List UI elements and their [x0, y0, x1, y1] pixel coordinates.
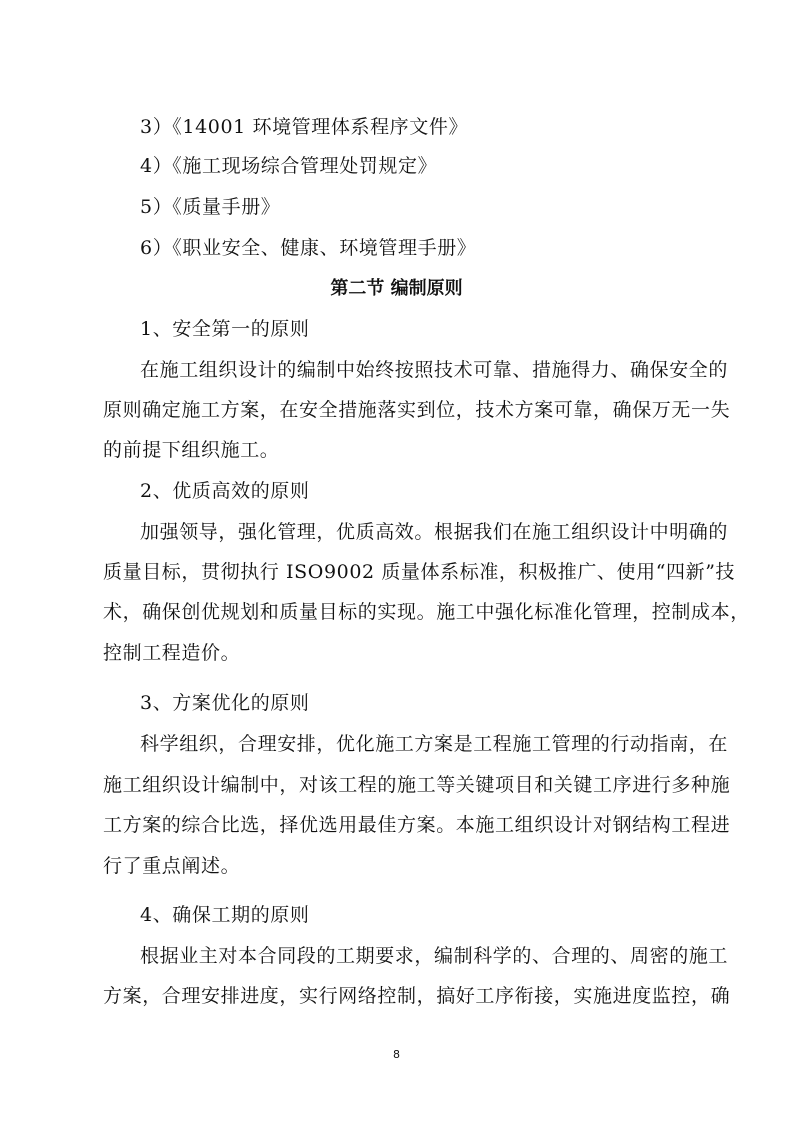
page-number: 8	[0, 1048, 793, 1061]
paragraph-line: 施工组织设计编制中，对该工程的施工等关键项目和关键工序进行多种施	[103, 774, 730, 796]
paragraph-line: 原则确定施工方案，在安全措施落实到位，技术方案可靠，确保万无一失	[103, 399, 730, 421]
principle-heading: 1、安全第一的原则	[140, 318, 310, 340]
section-title: 第二节 编制原则	[0, 278, 793, 300]
paragraph-line: 质量目标，贯彻执行 ISO9002 质量体系标准，积极推广、使用“四新”技	[103, 561, 735, 583]
paragraph-line: 行了重点阐述。	[103, 855, 240, 877]
reference-item: 3）《14001 环境管理体系程序文件》	[140, 116, 468, 138]
paragraph-line: 控制工程造价。	[103, 642, 240, 664]
paragraph-line: 工方案的综合比选，择优选用最佳方案。本施工组织设计对钢结构工程进	[103, 814, 730, 836]
reference-item: 4）《施工现场综合管理处罚规定》	[140, 155, 437, 177]
paragraph-line: 根据业主对本合同段的工期要求，编制科学的、合理的、周密的施工	[140, 945, 728, 967]
paragraph-line: 在施工组织设计的编制中始终按照技术可靠、措施得力、确保安全的	[140, 359, 728, 381]
principle-heading: 4、确保工期的原则	[140, 904, 310, 926]
reference-item: 6）《职业安全、健康、环境管理手册》	[140, 237, 476, 259]
principle-heading: 3、方案优化的原则	[140, 692, 310, 714]
paragraph-line: 术，确保创优规划和质量目标的实现。施工中强化标准化管理，控制成本，	[103, 601, 750, 623]
paragraph-line: 加强领导，强化管理，优质高效。根据我们在施工组织设计中明确的	[140, 521, 728, 543]
paragraph-line: 科学组织，合理安排，优化施工方案是工程施工管理的行动指南，在	[140, 733, 728, 755]
paragraph-line: 方案，合理安排进度，实行网络控制，搞好工序衔接，实施进度监控，确	[103, 985, 730, 1007]
reference-item: 5）《质量手册》	[140, 196, 280, 218]
principle-heading: 2、优质高效的原则	[140, 480, 310, 502]
document-page: 3）《14001 环境管理体系程序文件》 4）《施工现场综合管理处罚规定》 5）…	[0, 0, 793, 1122]
paragraph-line: 的前提下组织施工。	[103, 439, 279, 461]
